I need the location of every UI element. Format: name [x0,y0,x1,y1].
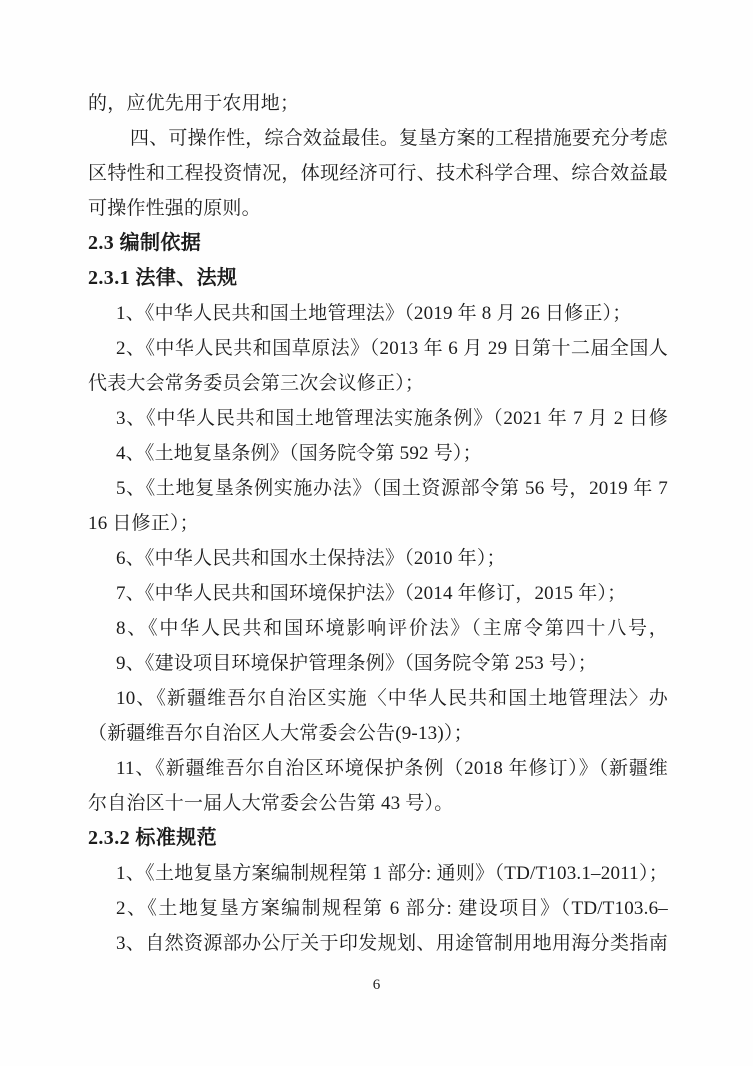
text-line: 4、《土地复垦条例》（国务院令第 592 号）； [88,436,668,471]
text-line: 尔自治区十一届人大常委会公告第 43 号）。 [88,786,668,821]
text-line: 四、可操作性，综合效益最佳。复垦方案的工程措施要充分考虑项目 [88,121,668,156]
text-line: 区特性和工程投资情况，体现经济可行、技术科学合理、综合效益最佳、 [88,156,668,191]
text-line: 5、《土地复垦条例实施办法》（国土资源部令第 56 号，2019 年 7 月 [88,471,668,506]
text-line: 8、《中华人民共和国环境影响评价法》（主席令第四十八号，2016）； [88,611,668,646]
page-number: 6 [0,970,753,1000]
text-line: 16 日修正）； [88,506,668,541]
text-line: 的，应优先用于农用地； [88,86,668,121]
text-line: 6、《中华人民共和国水土保持法》（2010 年）； [88,541,668,576]
text-line: 代表大会常务委员会第三次会议修正）； [88,366,668,401]
section-heading: 2.3.1 法律、法规 [88,261,668,296]
text-line: 2、《土地复垦方案编制规程第 6 部分: 建设项目》（TD/T103.6–201… [88,891,668,926]
section-heading: 2.3.2 标准规范 [88,821,668,856]
page-content: 的，应优先用于农用地；四、可操作性，综合效益最佳。复垦方案的工程措施要充分考虑项… [88,86,668,961]
text-line: 11、《新疆维吾尔自治区环境保护条例（2018 年修订）》（新疆维吾 [88,751,668,786]
text-line: 9、《建设项目环境保护管理条例》（国务院令第 253 号）； [88,646,668,681]
text-line: 2、《中华人民共和国草原法》（2013 年 6 月 29 日第十二届全国人民 [88,331,668,366]
section-heading: 2.3 编制依据 [88,226,668,261]
text-line: 10、《新疆维吾尔自治区实施〈中华人民共和国土地管理法〉办法》 [88,681,668,716]
text-line: 7、《中华人民共和国环境保护法》（2014 年修订，2015 年）； [88,576,668,611]
text-line: 1、《土地复垦方案编制规程第 1 部分: 通则》（TD/T103.1–2011）… [88,856,668,891]
text-line: （新疆维吾尔自治区人大常委会公告(9-13)）； [88,716,668,751]
document-page: 的，应优先用于农用地；四、可操作性，综合效益最佳。复垦方案的工程措施要充分考虑项… [0,0,753,1066]
text-line: 3、《中华人民共和国土地管理法实施条例》（2021 年 7 月 2 日修订）; [88,401,668,436]
text-line: 1、《中华人民共和国土地管理法》（2019 年 8 月 26 日修正）； [88,296,668,331]
text-line: 3、自然资源部办公厅关于印发规划、用途管制用地用海分类指南（试 [88,926,668,961]
text-line: 可操作性强的原则。 [88,191,668,226]
